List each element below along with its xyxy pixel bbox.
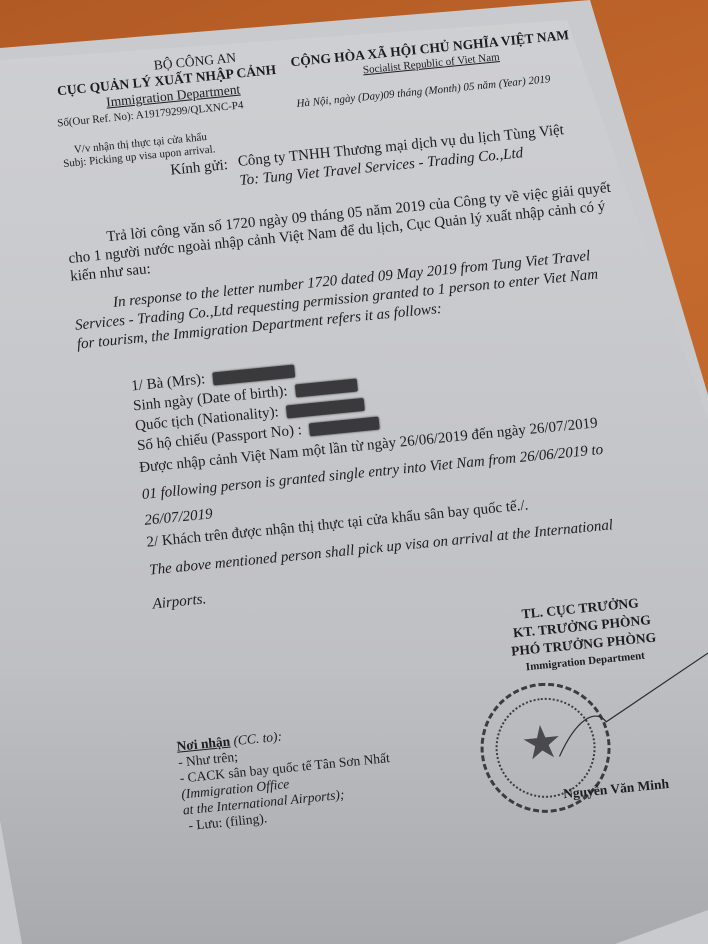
redacted-dob: [295, 379, 358, 398]
pickup-en-line-2: Airports.: [152, 591, 207, 613]
document-content: BỘ CÔNG AN CỤC QUẢN LÝ XUẤT NHẬP CẢNH Im…: [28, 0, 708, 944]
recipient-label: Kính gửi:: [170, 157, 229, 180]
redacted-passport: [309, 417, 380, 437]
ref-label: Số(Our Ref. No):: [57, 110, 134, 129]
signature-stroke: [509, 634, 708, 775]
redacted-name: [212, 365, 295, 386]
document-paper: BỘ CÔNG AN CỤC QUẢN LÝ XUẤT NHẬP CẢNH Im…: [0, 0, 708, 944]
entry-en-line-2: 26/07/2019: [144, 506, 214, 530]
cc-label-en: (CC. to):: [233, 729, 283, 749]
person-name-label: 1/ Bà (Mrs):: [131, 371, 206, 394]
redacted-nationality: [286, 398, 365, 419]
